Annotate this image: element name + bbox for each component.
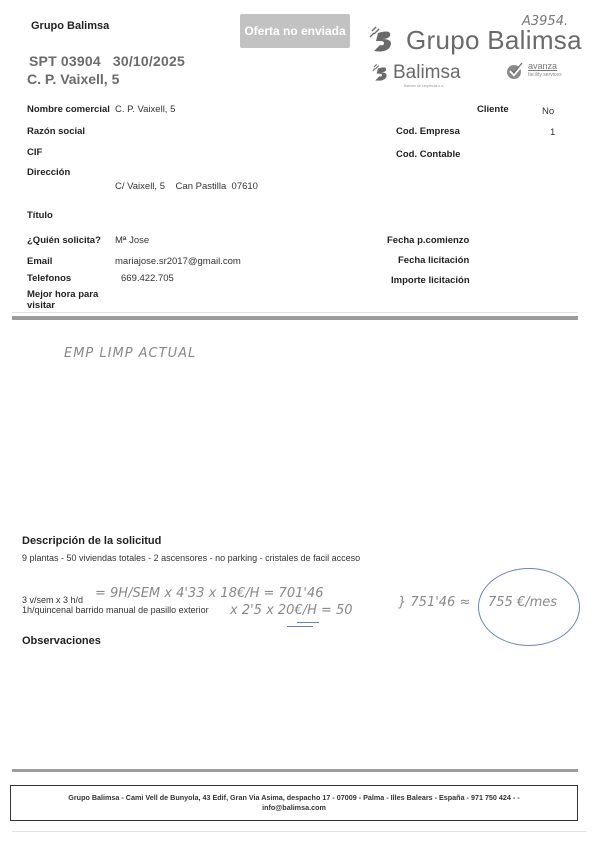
nombre-comercial-label: Nombre comercial [27,104,110,115]
titulo-label: Título [27,210,53,221]
document-date: 30/10/2025 [113,53,185,69]
cod-contable-label: Cod. Contable [396,149,460,160]
email-label: Email [27,256,52,267]
cod-empresa-label: Cod. Empresa [396,126,460,137]
header-divider [12,316,578,320]
logo-tagline: Balears de Limpiezas s.a. [404,84,444,88]
direccion-label: Dirección [27,167,70,178]
quien-solicita-label: ¿Quién solicita? [27,235,101,246]
direccion-postal-code: 07610 [232,181,258,192]
footer-box: Grupo Balimsa - Cami Vell de Bunyola, 43… [10,785,578,821]
nombre-comercial-value: C. P. Vaixell, 5 [115,104,175,115]
fecha-comienzo-label: Fecha p.comienzo [387,235,469,246]
logo-sub-text: Balimsa [393,62,461,84]
descripcion-text: 9 plantas - 50 viviendas totales - 2 asc… [22,553,360,563]
descripcion-line2-handwritten: x 2'5 x 20€/H = 50 [230,603,353,618]
document-subtitle: C. P. Vaixell, 5 [27,71,119,87]
direccion-street: C/ Vaixell, 5 [115,181,165,192]
observaciones-title: Observaciones [22,635,101,647]
footer-divider [12,769,578,772]
descripcion-line2: 1h/quincenal barrido manual de pasillo e… [22,605,209,615]
total-circled-value: 755 €/mes [488,595,557,610]
cliente-value: No [542,106,554,117]
balimsa-logo: Balimsa Balears de Limpiezas s.a. [371,62,461,84]
direccion-city: Can Pastilla [176,181,227,192]
direccion-value: C/ Vaixell, 5 Can Pastilla 07610 [115,181,258,192]
status-badge: Oferta no enviada [240,14,350,48]
telefonos-value: 669.422.705 [121,273,174,284]
avanza-tagline: facility services [528,71,562,80]
email-value: mariajose.sr2017@gmail.com [115,256,241,267]
grupo-balimsa-logo: Grupo Balimsa [368,24,582,56]
cliente-label: Cliente [477,104,509,115]
avanza-check-icon [505,62,525,80]
company-name: Grupo Balimsa [31,20,109,32]
footer-divider-thin [12,831,587,832]
handwritten-note: EMP LIMP ACTUAL [64,346,196,361]
total-handwritten: } 751'46 ≈ [398,595,470,610]
importe-licitacion-label: Importe licitación [391,275,470,286]
balimsa-small-b-icon [371,63,393,83]
underline-mark-2 [287,626,313,627]
cif-label: CIF [27,147,42,158]
logo-main-text: Grupo Balimsa [406,25,582,56]
footer-email: info@balimsa.com [11,803,577,813]
descripcion-line1: 3 v/sem x 3 h/d [22,595,83,605]
telefonos-label: Telefonos [27,273,71,284]
descripcion-title: Descripción de la solicitud [22,535,161,547]
reference-line: SPT 0390430/10/2025 [29,53,185,69]
cod-empresa-value: 1 [550,127,555,138]
razon-social-label: Razón social [27,126,85,137]
mejor-hora-label: Mejor hora para visitar [27,289,112,311]
avanza-name: avanza [528,62,562,71]
quien-solicita-value: Mª Jose [115,235,149,246]
balimsa-b-icon [368,25,400,55]
underline-mark [297,622,319,623]
reference-code: SPT 03904 [29,53,101,69]
header-divider-thin [12,312,578,313]
descripcion-line1-handwritten: = 9H/SEM x 4'33 x 18€/H = 701'46 [95,586,324,601]
fecha-licitacion-label: Fecha licitación [398,255,469,266]
avanza-logo: avanza facility services [505,62,562,80]
footer-address: Grupo Balimsa - Cami Vell de Bunyola, 43… [11,793,577,803]
